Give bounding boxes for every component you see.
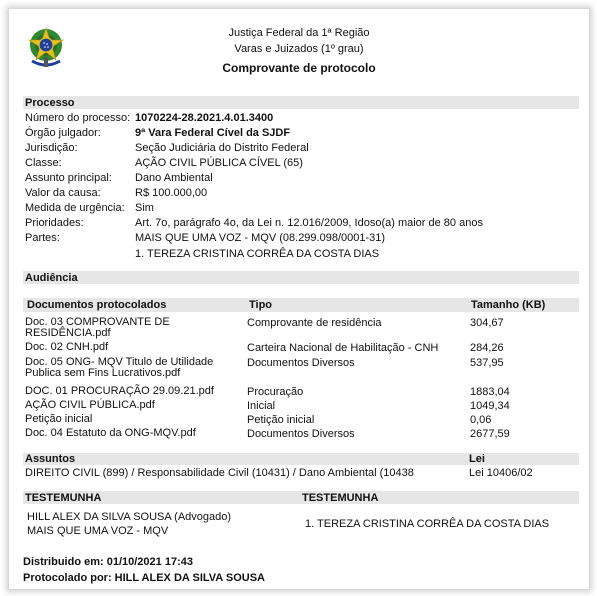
processo-field-value: R$ 100.000,00 xyxy=(135,187,207,200)
protocol-receipt-page: Justiça Federal da 1ª Região Varas e Jui… xyxy=(8,8,590,590)
document-name: Petição inicial xyxy=(25,414,92,425)
processo-field-value: Seção Judiciária do Distrito Federal xyxy=(135,142,309,155)
processo-section-title: Processo xyxy=(25,97,75,110)
document-type: Documentos Diversos xyxy=(247,357,355,370)
document-name: Doc. 04 Estatuto da ONG-MQV.pdf xyxy=(25,428,196,439)
document-size: 1049,34 xyxy=(470,400,510,413)
testemunha-left-line-1: HILL ALEX DA SILVA SOUSA (Advogado) xyxy=(27,511,231,524)
assuntos-header: Assuntos xyxy=(25,453,75,466)
court-level: Varas e Juizados (1º grau) xyxy=(169,43,429,56)
protocolado-por: Protocolado por: HILL ALEX DA SILVA SOUS… xyxy=(23,572,265,585)
processo-field-value: 9ª Vara Federal Cível da SJDF xyxy=(135,127,290,140)
lei-value: Lei 10406/02 xyxy=(469,467,533,480)
court-name: Justiça Federal da 1ª Região xyxy=(169,27,429,40)
document-size: 284,26 xyxy=(470,342,504,355)
testemunha-left-header: TESTEMUNHA xyxy=(25,492,101,505)
assuntos-header-band xyxy=(23,453,579,465)
document-size: 304,67 xyxy=(470,317,504,330)
document-size: 2677,59 xyxy=(470,428,510,441)
testemunha-right-line: 1. TEREZA CRISTINA CORRÊA DA COSTA DIAS xyxy=(305,518,549,531)
audiencia-section-band xyxy=(23,271,579,284)
document-name: DOC. 01 PROCURAÇÃO 29.09.21.pdf xyxy=(25,386,214,397)
lei-header: Lei xyxy=(469,453,485,466)
processo-field-value: Sim xyxy=(135,202,154,215)
brazil-coat-of-arms-emblem xyxy=(26,25,66,73)
processo-field-label: Jurisdição: xyxy=(25,142,78,155)
processo-field-label: Partes: xyxy=(25,232,60,245)
processo-field-value: MAIS QUE UMA VOZ - MQV (08.299.098/0001-… xyxy=(135,232,385,245)
document-size: 1883,04 xyxy=(470,386,510,399)
document-name-continued: RESIDÊNCIA.pdf xyxy=(25,328,111,339)
processo-field-label: Órgão julgador: xyxy=(25,127,101,140)
document-type: Inicial xyxy=(247,400,275,413)
document-type: Procuração xyxy=(247,386,303,399)
document-name-continued: Publica sem Fins Lucrativos.pdf xyxy=(25,368,180,379)
audiencia-section-title: Audiência xyxy=(25,272,78,285)
testemunha-right-header: TESTEMUNHA xyxy=(302,492,378,505)
processo-field-label: Classe: xyxy=(25,157,62,170)
processo-field-value: AÇÃO CIVIL PÚBLICA CÍVEL (65) xyxy=(135,157,303,170)
processo-field-value: Art. 7o, parágrafo 4o, da Lei n. 12.016/… xyxy=(135,217,483,230)
processo-field-value: Dano Ambiental xyxy=(135,172,213,185)
document-title: Comprovante de protocolo xyxy=(169,61,429,75)
documents-col-header-size: Tamanho (KB) xyxy=(471,299,545,312)
documents-col-header-name: Documentos protocolados xyxy=(27,299,166,312)
processo-field-label: Assunto principal: xyxy=(25,172,112,185)
processo-field-label: Número do processo: xyxy=(25,112,130,125)
processo-field-label: Valor da causa: xyxy=(25,187,101,200)
document-size: 0,06 xyxy=(470,414,491,427)
processo-field-value: 1070224-28.2021.4.01.3400 xyxy=(135,112,273,125)
document-type: Petição inicial xyxy=(247,414,314,427)
assuntos-value: DIREITO CIVIL (899) / Responsabilidade C… xyxy=(25,467,414,480)
processo-field-label: Prioridades: xyxy=(25,217,84,230)
processo-section-band xyxy=(23,96,579,109)
distribuido-em: Distribuido em: 01/10/2021 17:43 xyxy=(23,556,193,569)
documents-col-header-tipo: Tipo xyxy=(249,299,272,312)
testemunha-left-line-2: MAIS QUE UMA VOZ - MQV xyxy=(27,525,168,538)
document-name: Doc. 02 CNH.pdf xyxy=(25,342,108,353)
document-type: Carteira Nacional de Habilitação - CNH xyxy=(247,342,438,355)
processo-field-label: Medida de urgência: xyxy=(25,202,125,215)
document-name: AÇÃO CIVIL PÚBLICA.pdf xyxy=(25,400,155,411)
document-type: Documentos Diversos xyxy=(247,428,355,441)
partes-extra: 1. TEREZA CRISTINA CORRÊA DA COSTA DIAS xyxy=(135,248,379,261)
document-size: 537,95 xyxy=(470,357,504,370)
document-type: Comprovante de residência xyxy=(247,317,382,330)
testemunha-header-band xyxy=(23,491,579,504)
